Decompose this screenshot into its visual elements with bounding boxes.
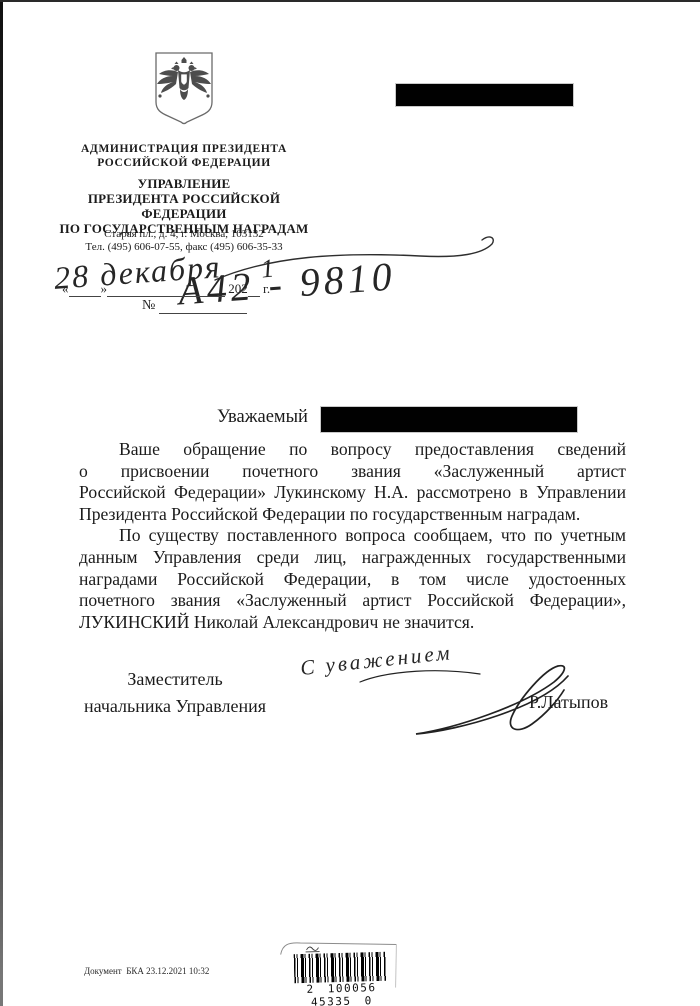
printed-date-line: «» 202 г. — [62, 281, 270, 297]
para2-line1: По существу поставленного вопроса сообща… — [79, 525, 626, 547]
signer-post-line2: начальника Управления — [80, 693, 270, 720]
barcode-bars — [294, 952, 387, 983]
para1-line4: Президента Российской Федерации по госуд… — [79, 504, 626, 526]
date-year-era: г. — [263, 281, 270, 296]
department-name-block: УПРАВЛЕНИЕ ПРЕЗИДЕНТА РОССИЙСКОЙ ФЕДЕРАЦ… — [44, 176, 324, 236]
redaction-bar-recipient — [395, 83, 574, 107]
printed-number-line: № — [142, 298, 247, 314]
org-line2: РОССИЙСКОЙ ФЕДЕРАЦИИ — [44, 156, 324, 170]
org-name-block: АДМИНИСТРАЦИЯ ПРЕЗИДЕНТА РОССИЙСКОЙ ФЕДЕ… — [44, 142, 324, 170]
para2-line5: ЛУКИНСКИЙ Николай Александрович не значи… — [79, 612, 626, 634]
scan-edge-artifact-left — [0, 0, 3, 1006]
org-line1: АДМИНИСТРАЦИЯ ПРЕЗИДЕНТА — [44, 142, 324, 156]
scan-edge-artifact-top — [0, 0, 700, 2]
dept-line2: ПРЕЗИДЕНТА РОССИЙСКОЙ ФЕДЕРАЦИИ — [44, 191, 324, 221]
letter-body: Ваше обращение по вопросу предоставления… — [79, 439, 626, 633]
number-sign: № — [142, 298, 155, 313]
salutation-text: Уважаемый — [217, 407, 308, 428]
russian-coat-of-arms-icon — [151, 50, 217, 126]
para1-line1: Ваше обращение по вопросу предоставления… — [79, 439, 626, 461]
redaction-bar-name — [320, 406, 578, 433]
barcode-digits: 2 100056 45335 0 — [285, 981, 398, 1006]
barcode-label: 2 100056 45335 0 — [278, 935, 402, 998]
para2-line2: данным Управления среди лиц, награжденны… — [79, 547, 626, 569]
para1-line2: о присвоении почетного звания «Заслуженн… — [79, 461, 626, 483]
document-page: АДМИНИСТРАЦИЯ ПРЕЗИДЕНТА РОССИЙСКОЙ ФЕДЕ… — [0, 0, 700, 1006]
para2-line4: почетного звания «Заслуженный артист Рос… — [79, 590, 626, 612]
dept-line1: УПРАВЛЕНИЕ — [44, 176, 324, 191]
date-year-printed: 202 — [228, 281, 248, 296]
para2-line3: наградами Российской Федерации, в том чи… — [79, 569, 626, 591]
footer-doc-info: Документ БКА 23.12.2021 10:32 — [84, 966, 209, 976]
signer-post-line1: Заместитель — [80, 666, 270, 693]
para1-line3: Российской Федерации» Лукинскому Н.А. ра… — [79, 482, 626, 504]
signer-post-block: Заместитель начальника Управления — [80, 666, 270, 720]
signer-name: Р.Латыпов — [529, 692, 608, 713]
